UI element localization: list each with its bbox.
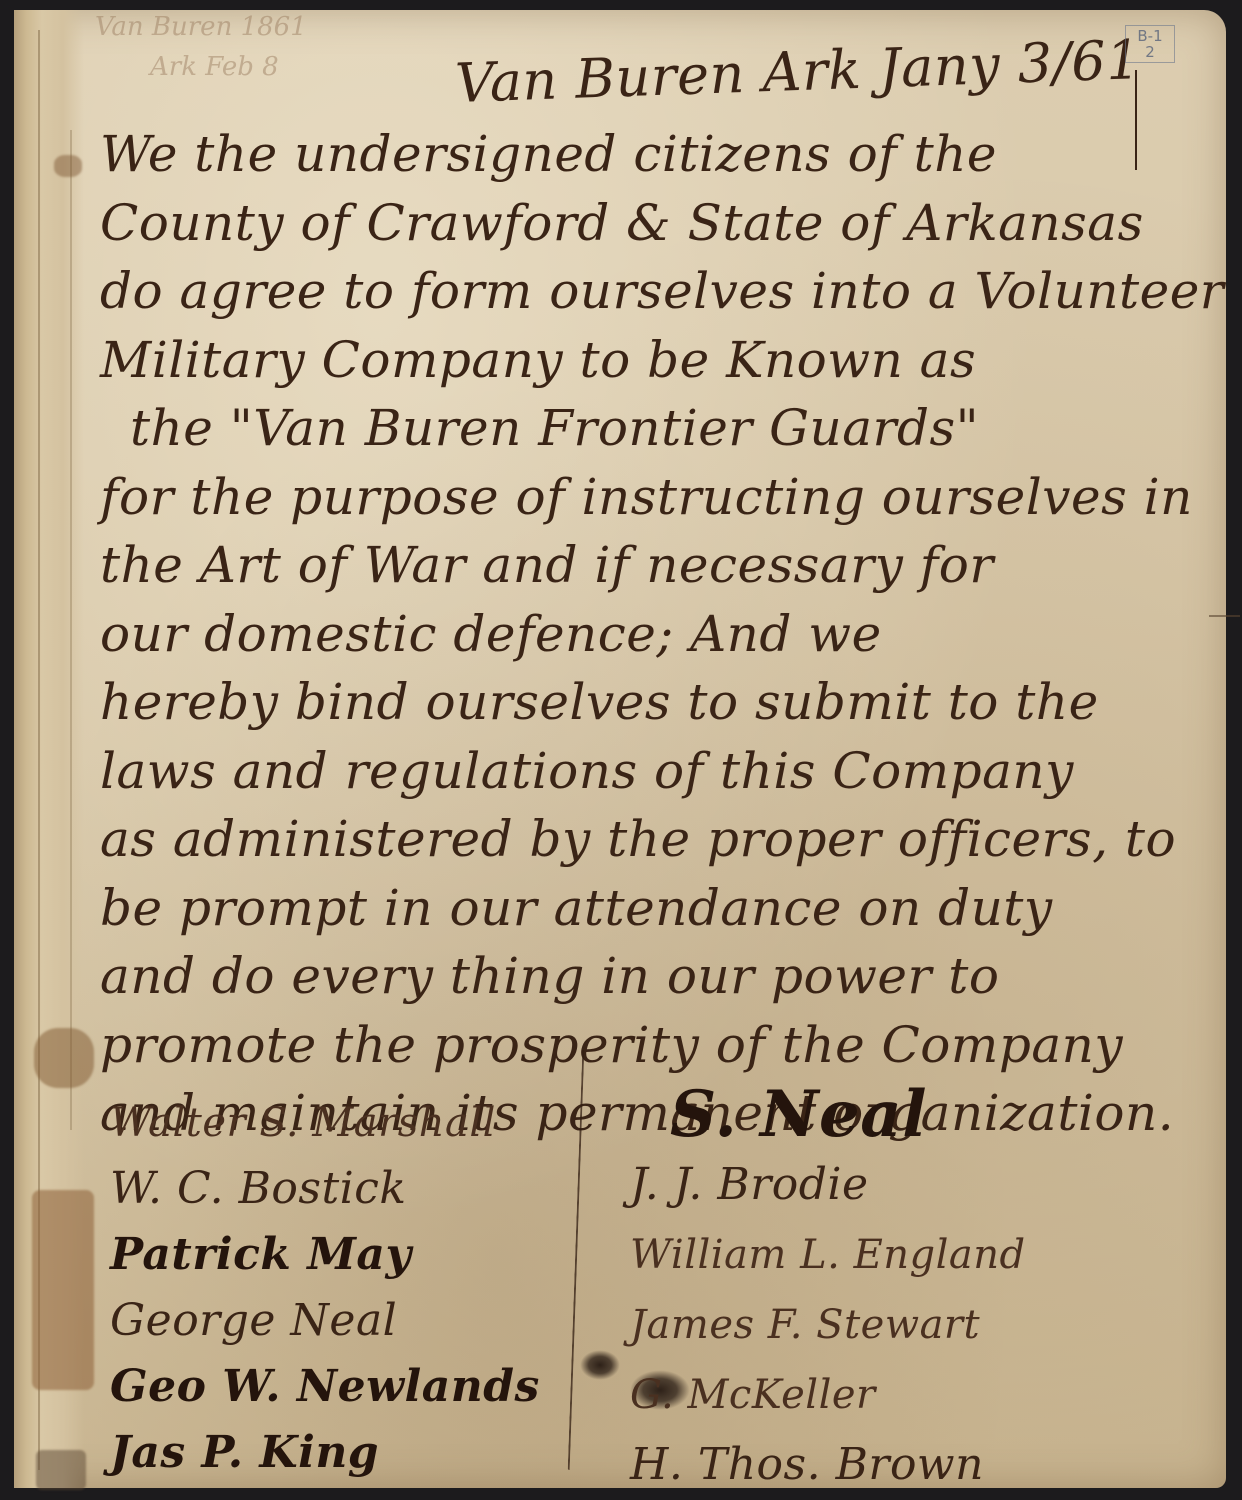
body-line: County of Crawford & State of Arkansas — [100, 189, 1220, 258]
body-line: and do every thing in our power to — [100, 942, 1220, 1011]
signature: Jas P. King — [110, 1420, 540, 1486]
signature: S. Neal — [630, 1080, 1026, 1150]
body-line: for the purpose of instructing ourselves… — [100, 463, 1220, 532]
water-stain — [54, 155, 82, 177]
ink-blot — [580, 1350, 620, 1380]
water-stain — [34, 1028, 94, 1088]
signature: W. C. Bostick — [110, 1156, 540, 1222]
signature: J. J. Brodie — [630, 1150, 1026, 1220]
archive-reference-tag: B-1 2 — [1125, 25, 1175, 63]
body-line: Military Company to be Known as — [100, 326, 1220, 395]
archive-tag-line: B-1 — [1130, 28, 1170, 44]
signature: Patrick May — [110, 1222, 540, 1288]
body-line: be prompt in our attendance on duty — [100, 874, 1220, 943]
signature: George Neal — [110, 1288, 540, 1354]
signature: H. Thos. Brown — [630, 1430, 1026, 1500]
body-line: our domestic defence; And we — [100, 600, 1220, 669]
paper-damage — [36, 1450, 86, 1490]
faint-pencil-note: Van Buren 1861 — [95, 12, 307, 42]
body-line: the "Van Buren Frontier Guards" — [100, 394, 1220, 463]
signatures-left-column: Walter S. Marshall W. C. Bostick Patrick… — [110, 1090, 540, 1486]
body-line: as administered by the proper officers, … — [100, 805, 1220, 874]
body-line: promote the prosperity of the Company — [100, 1011, 1220, 1080]
faint-pencil-note: Ark Feb 8 — [150, 52, 279, 82]
body-line: laws and regulations of this Company — [100, 737, 1220, 806]
body-line: We the undersigned citizens of the — [100, 120, 1220, 189]
body-line: do agree to form ourselves into a Volunt… — [100, 257, 1220, 326]
pledge-body: We the undersigned citizens of the Count… — [100, 120, 1220, 1148]
signatures-right-column: S. Neal J. J. Brodie William L. England … — [630, 1080, 1026, 1500]
scan-frame: Van Buren 1861 Ark Feb 8 Van Buren Ark J… — [0, 0, 1242, 1500]
archive-tag-line: 2 — [1130, 44, 1170, 60]
body-line: the Art of War and if necessary for — [100, 531, 1220, 600]
signature: William L. England — [630, 1220, 1026, 1290]
signature: Geo W. Newlands — [110, 1354, 540, 1420]
water-stain — [32, 1190, 94, 1390]
binding-crease — [70, 130, 72, 1130]
signature: Walter S. Marshall — [110, 1090, 540, 1156]
signature: James F. Stewart — [630, 1290, 1026, 1360]
body-line: hereby bind ourselves to submit to the — [100, 668, 1220, 737]
signature: G. McKeller — [630, 1360, 1026, 1430]
